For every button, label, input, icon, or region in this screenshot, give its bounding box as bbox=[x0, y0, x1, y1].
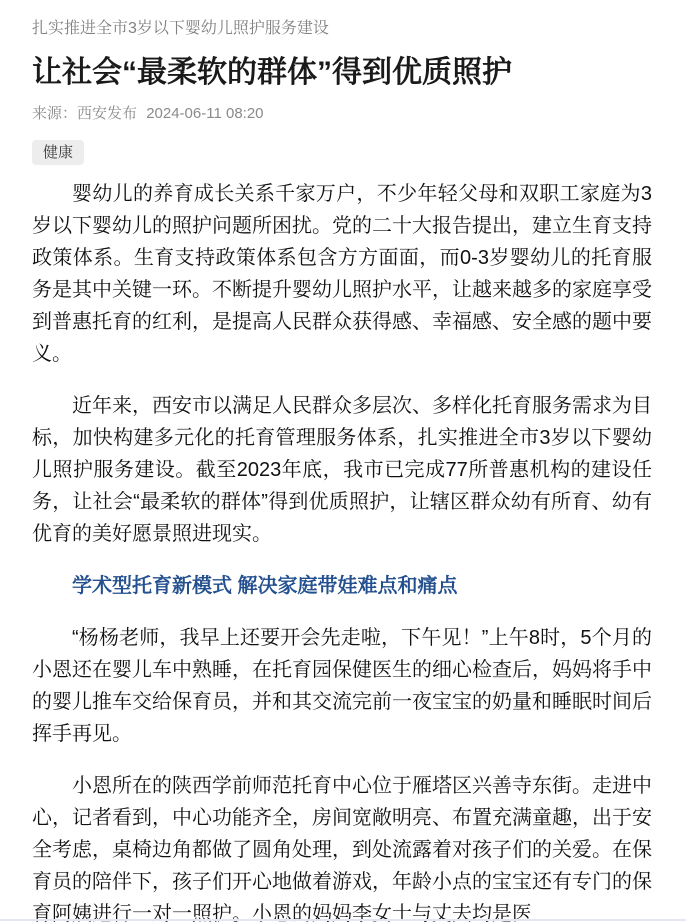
article-title: 让社会“最柔软的群体”得到优质照护 bbox=[32, 54, 652, 92]
paragraph-4: 小恩所在的陕西学前师范托育中心位于雁塔区兴善寺东街。走进中心，记者看到，中心功能… bbox=[32, 770, 652, 922]
tag-health[interactable]: 健康 bbox=[32, 140, 84, 165]
article-source: 来源：西安发布 bbox=[32, 105, 137, 122]
bottom-divider bbox=[0, 919, 686, 921]
publish-time: 2024-06-11 08:20 bbox=[146, 105, 263, 122]
article-page: 扎实推进全市3岁以下婴幼儿照护服务建设 让社会“最柔软的群体”得到优质照护 来源… bbox=[0, 0, 686, 922]
article-kicker: 扎实推进全市3岁以下婴幼儿照护服务建设 bbox=[32, 18, 652, 40]
paragraph-3: “杨杨老师，我早上还要开会先走啦，下午见！”上午8时，5个月的小恩还在婴儿车中熟… bbox=[32, 622, 652, 750]
paragraph-1: 婴幼儿的养育成长关系千家万户，不少年轻父母和双职工家庭为3岁以下婴幼儿的照护问题… bbox=[32, 178, 652, 370]
article-body: 婴幼儿的养育成长关系千家万户，不少年轻父母和双职工家庭为3岁以下婴幼儿的照护问题… bbox=[32, 178, 652, 922]
section-heading: 学术型托育新模式 解决家庭带娃难点和痛点 bbox=[32, 570, 652, 602]
article-meta: 来源：西安发布 2024-06-11 08:20 bbox=[32, 104, 652, 124]
paragraph-2: 近年来，西安市以满足人民群众多层次、多样化托育服务需求为目标，加快构建多元化的托… bbox=[32, 390, 652, 550]
tag-bar: 健康 bbox=[32, 140, 652, 165]
